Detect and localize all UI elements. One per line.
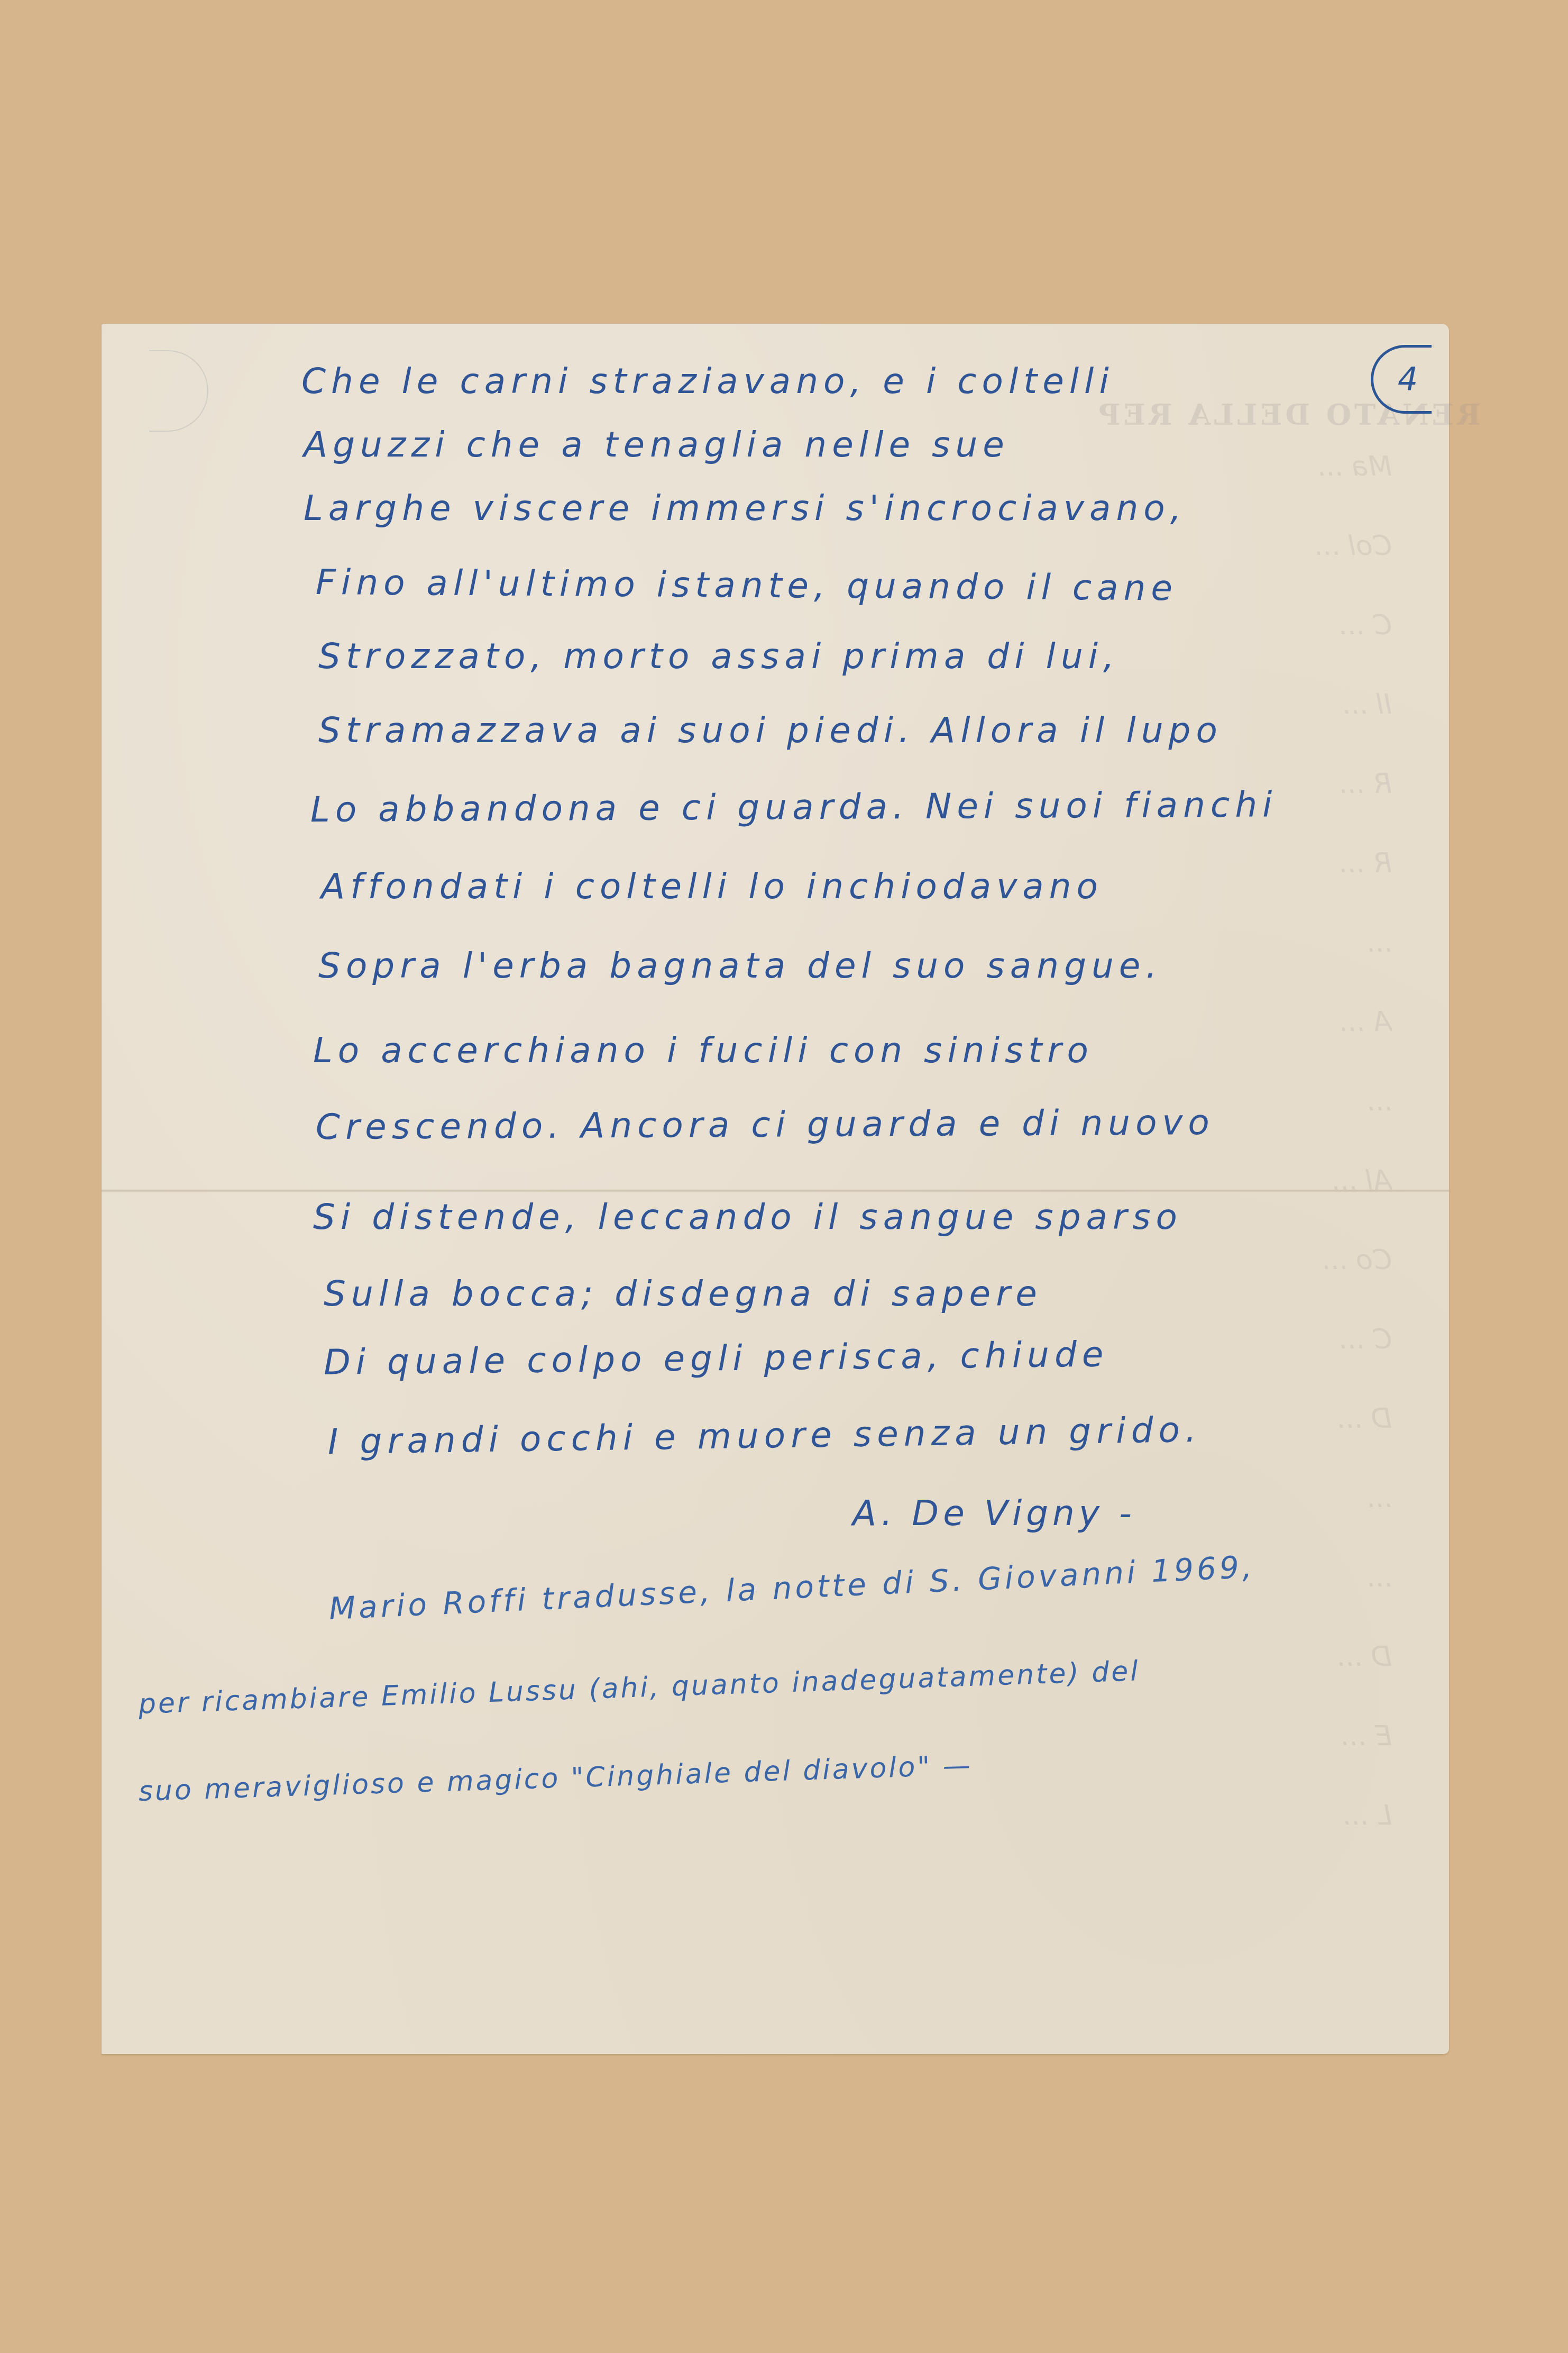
poem-line-6: Stramazzava ai suoi piedi. Allora il lup… bbox=[318, 710, 1223, 751]
poem-line-8: Affondati i coltelli lo inchiodavano bbox=[321, 866, 1103, 907]
poem-line-14: Di quale colpo egli perisca, chiude bbox=[324, 1334, 1109, 1383]
poem-line-3: Larghe viscere immersi s'incrociavano, bbox=[304, 488, 1187, 528]
poem-line-2: Aguzzi che a tenaglia nelle sue bbox=[304, 424, 1010, 465]
poem-line-9: Sopra l'erba bagnata del suo sangue. bbox=[318, 945, 1162, 986]
poem-line-10: Lo accerchiano i fucili con sinistro bbox=[313, 1030, 1094, 1071]
poem-line-5: Strozzato, morto assai prima di lui, bbox=[318, 636, 1120, 677]
poem-line-12: Si distende, leccando il sangue sparso bbox=[313, 1197, 1182, 1237]
poem-line-4: Fino all'ultimo istante, quando il cane bbox=[316, 562, 1178, 608]
poem-line-11: Crescendo. Ancora ci guarda e di nuovo bbox=[316, 1102, 1215, 1147]
author-signature: A. De Vigny - bbox=[852, 1493, 1136, 1534]
poem-line-13: Sulla bocca; disdegna di sapere bbox=[324, 1273, 1042, 1314]
poem-line-1: Che le carni straziavano, e i coltelli bbox=[301, 361, 1114, 402]
manuscript-paper: RENATO DELLA REP Ma ... Col ... C ... Il… bbox=[102, 324, 1449, 2054]
poem-line-15: I grandi occhi e muore senza un grido. bbox=[327, 1409, 1202, 1462]
poem-line-7: Lo abbandona e ci guarda. Nei suoi fianc… bbox=[310, 784, 1278, 830]
